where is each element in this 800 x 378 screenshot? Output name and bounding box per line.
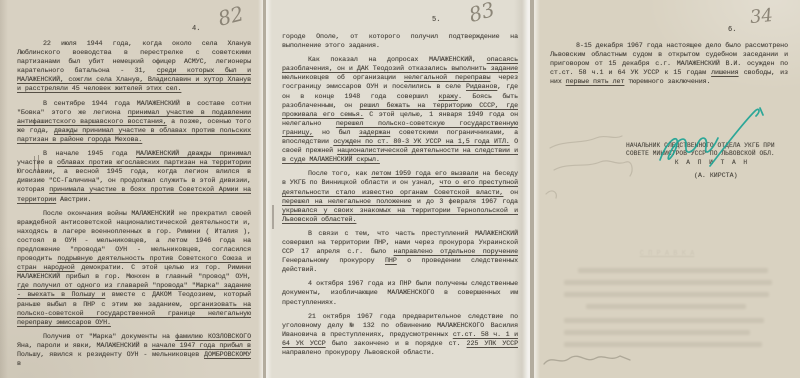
bleed-through-line — [564, 318, 764, 323]
handwritten-folio-number: 34 — [749, 5, 774, 28]
typed-paragraph: В связи с тем, что часть преступлений МА… — [282, 230, 518, 275]
officer-signature-ink — [652, 106, 768, 172]
pencil-margin-scribble — [540, 132, 650, 232]
bleed-through-line — [564, 342, 762, 347]
typed-paragraph: 22 июля 1944 года, когда около села Хлан… — [17, 40, 251, 95]
pencil-signature-faint — [540, 348, 635, 372]
typed-paragraph: В сентябре 1944 года МАЛАЖЕНСКИЙ в соста… — [17, 100, 251, 145]
document-page-6: 34 6. 8-15 декабря 1967 года настоящее д… — [534, 0, 800, 378]
bleed-through-heading: С П Р А В К А — [534, 250, 800, 258]
bleed-through-line — [578, 268, 768, 273]
typed-paragraph: Получив от "Марка" документы на фамилию … — [17, 333, 251, 369]
typed-text-column: 8-15 декабря 1967 года настоящее дело бы… — [534, 42, 800, 92]
typed-paragraph: городе Ополе, от которого получил подтве… — [282, 33, 518, 51]
handwritten-folio-number: 82 — [215, 1, 246, 30]
document-page-5: 83 5. городе Ополе, от которого получил … — [266, 0, 530, 378]
typed-paragraph: 4 октября 1967 года из ПНР были получены… — [282, 280, 518, 307]
typed-page-number: 6. — [728, 26, 736, 34]
typed-text-column: городе Ополе, от которого получил подтве… — [266, 33, 530, 363]
handwritten-folio-number: 83 — [466, 0, 497, 27]
typed-paragraph: 21 октября 1967 года предварительное сле… — [282, 313, 518, 358]
typed-page-number: 4. — [192, 25, 200, 33]
typed-text-column: 22 июля 1944 года, когда около села Хлан… — [0, 40, 263, 374]
scanned-document-spread: 82 4. 22 июля 1944 года, когда около сел… — [0, 0, 800, 378]
bleed-through-line — [564, 280, 772, 285]
bleed-through-line — [564, 330, 750, 335]
typed-paragraph: После того, как летом 1959 года его вызв… — [282, 170, 518, 225]
typed-paragraph: После окончания войны МАЛАЖЕНСКИЙ не пре… — [17, 210, 251, 328]
bleed-through-line — [564, 292, 769, 297]
typed-page-number: 5. — [432, 16, 440, 24]
signature-name: (А. КИРСТА) — [694, 172, 738, 179]
typed-paragraph: В начале 1945 года МАЛАЖЕНСКИЙ дважды пр… — [17, 150, 251, 205]
typed-paragraph: 8-15 декабря 1967 года настоящее дело бы… — [550, 42, 788, 87]
typed-paragraph: Как показал на допросах МАЛАЖЕНСКИЙ, опа… — [282, 56, 518, 165]
bleed-through-line — [586, 304, 746, 309]
document-page-4: 82 4. 22 июля 1944 года, когда около сел… — [0, 0, 263, 378]
